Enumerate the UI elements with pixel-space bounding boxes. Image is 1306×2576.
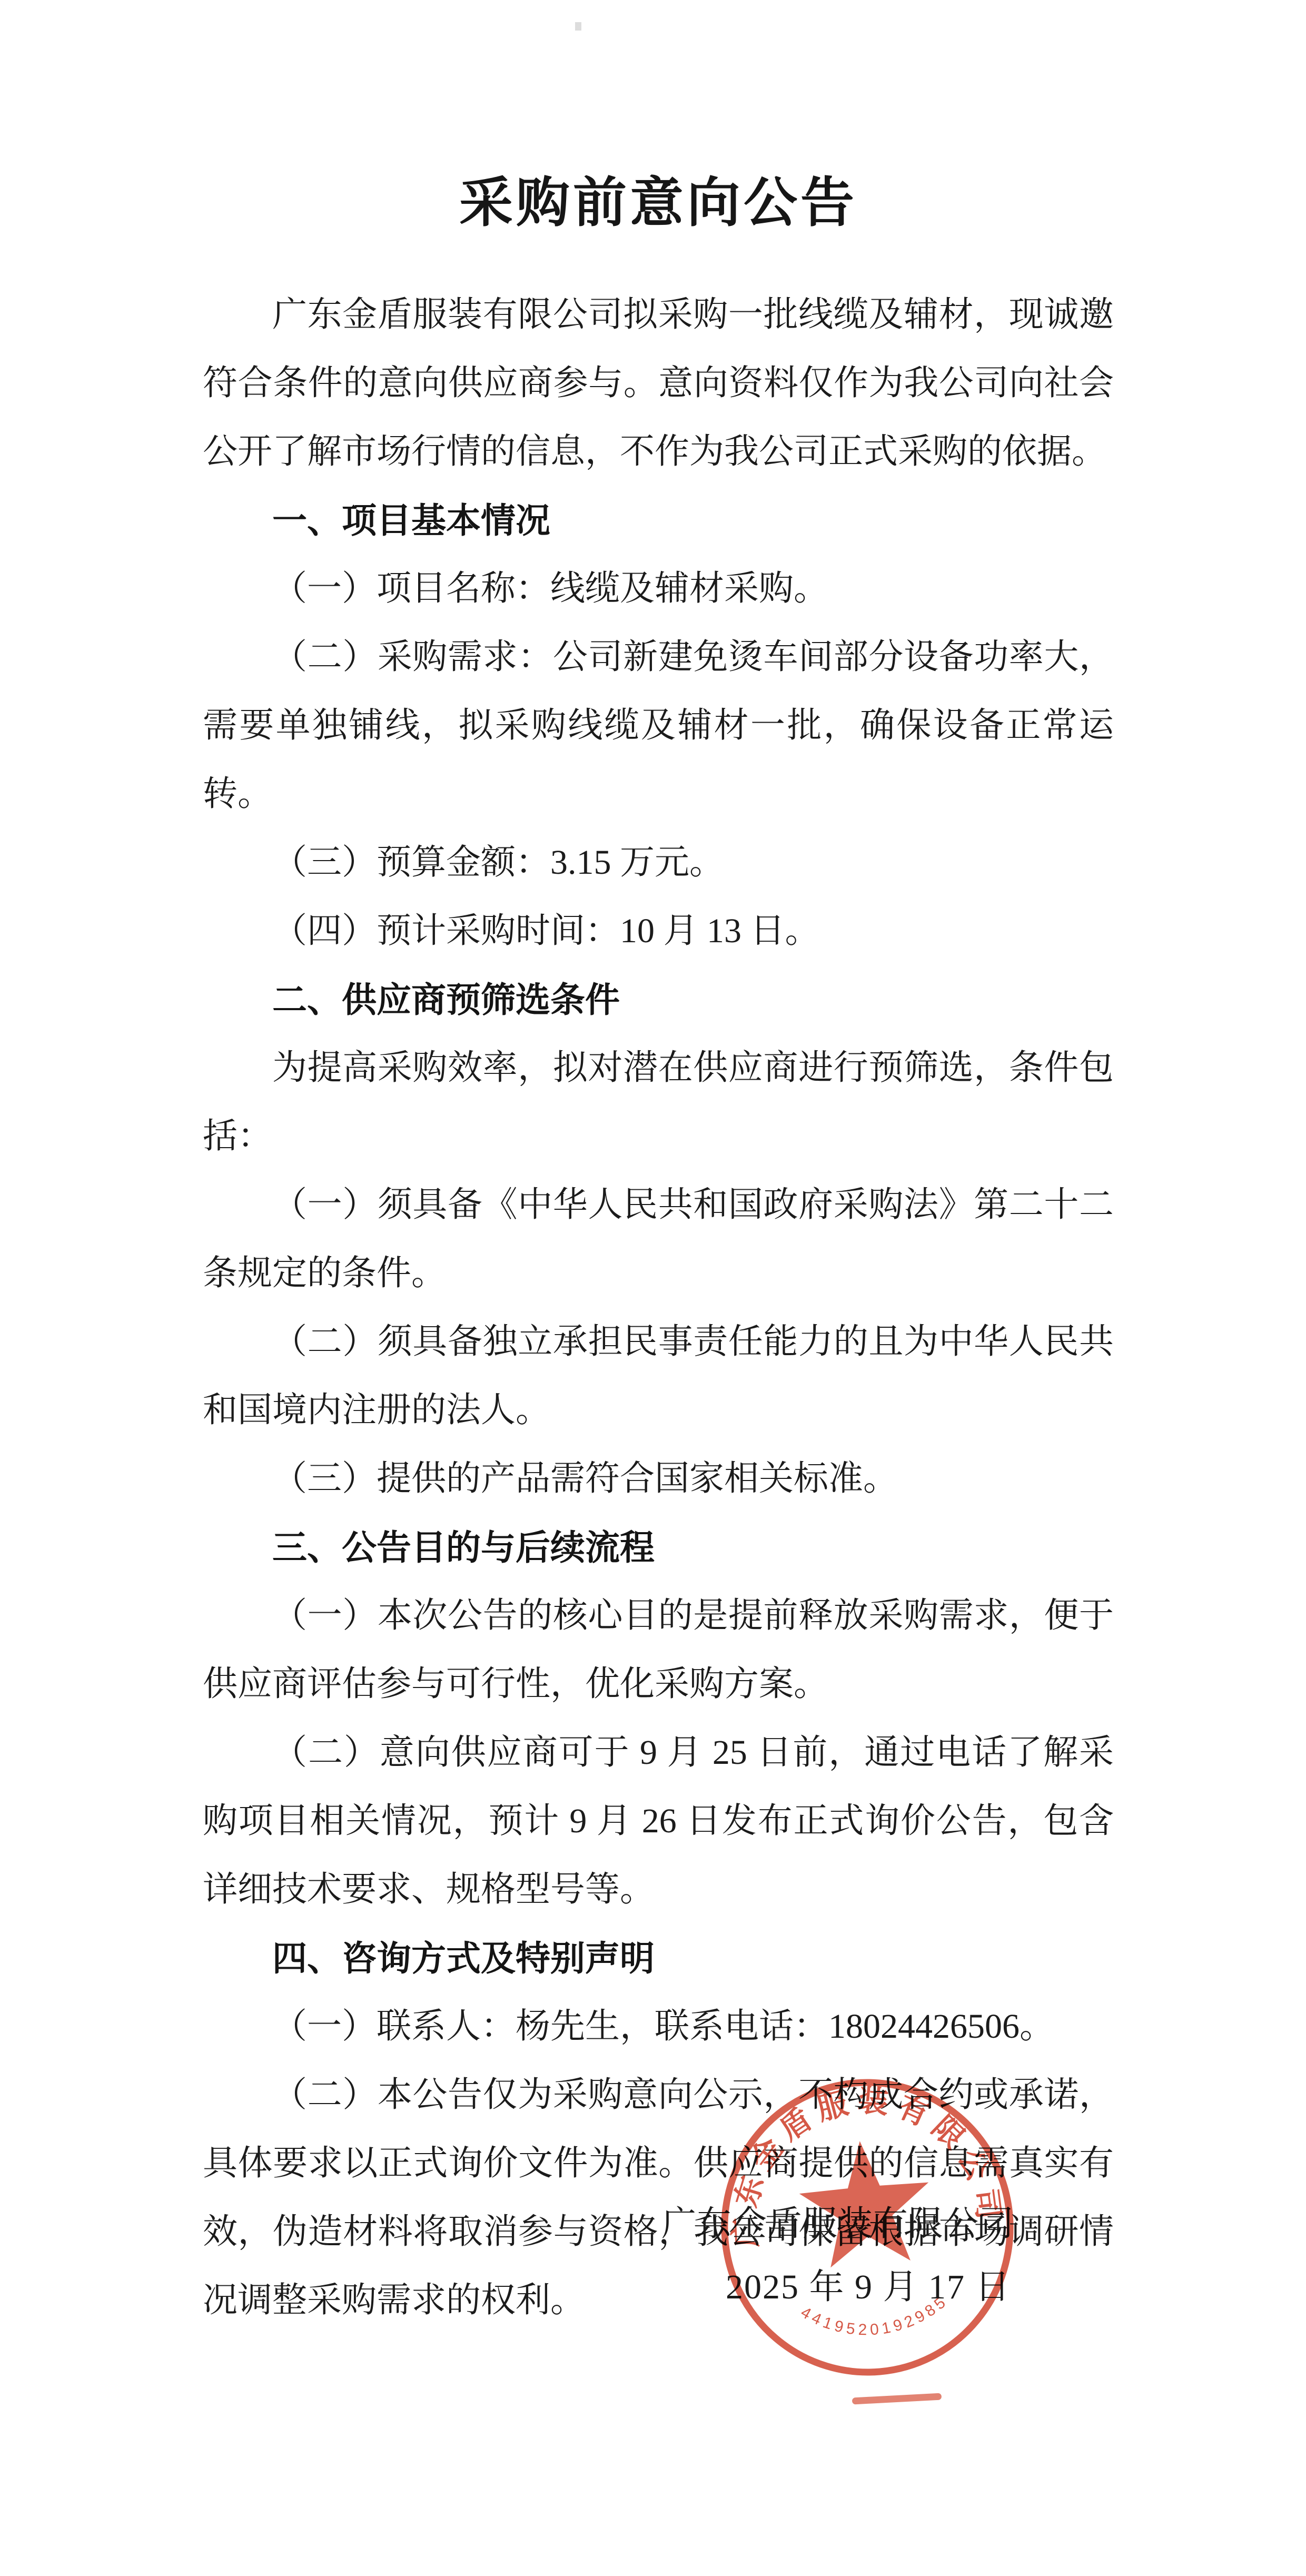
document-body: 广东金盾服装有限公司拟采购一批线缆及辅材，现诚邀符合条件的意向供应商参与。意向资…	[203, 281, 1114, 2335]
body-paragraph: 广东金盾服装有限公司拟采购一批线缆及辅材，现诚邀符合条件的意向供应商参与。意向资…	[203, 281, 1114, 486]
body-paragraph: （三）提供的产品需符合国家相关标准。	[203, 1445, 1114, 1513]
body-paragraph: （二）采购需求：公司新建免烫车间部分设备功率大，需要单独铺线，拟采购线缆及辅材一…	[203, 623, 1114, 828]
document-title: 采购前意向公告	[203, 170, 1114, 237]
body-paragraph: （四）预计采购时间：10 月 13 日。	[203, 897, 1114, 965]
body-paragraph: （一）本次公告的核心目的是提前释放采购需求，便于供应商评估参与可行性，优化采购方…	[203, 1582, 1114, 1719]
scan-artifact	[575, 22, 581, 31]
signature-company: 广东金盾服装有限公司	[661, 2200, 1014, 2248]
signature-date: 2025 年 9 月 17 日	[726, 2264, 1011, 2311]
body-paragraph: （三）预算金额：3.15 万元。	[203, 828, 1114, 897]
body-paragraph: （二）意向供应商可于 9 月 25 日前，通过电话了解采购项目相关情况，预计 9…	[203, 1719, 1114, 1924]
seal-smudge	[852, 2393, 942, 2405]
body-paragraph: 为提高采购效率，拟对潜在供应商进行预筛选，条件包括：	[203, 1034, 1114, 1171]
section-heading: 一、项目基本情况	[203, 486, 1114, 555]
body-paragraph: （一）项目名称：线缆及辅材采购。	[203, 555, 1114, 623]
section-heading: 三、公告目的与后续流程	[203, 1513, 1114, 1582]
body-paragraph: （二）须具备独立承担民事责任能力的且为中华人民共和国境内注册的法人。	[203, 1308, 1114, 1445]
body-paragraph: （一）须具备《中华人民共和国政府采购法》第二十二条规定的条件。	[203, 1171, 1114, 1308]
section-heading: 四、咨询方式及特别声明	[203, 1924, 1114, 1992]
section-heading: 二、供应商预筛选条件	[203, 965, 1114, 1034]
document-page: 采购前意向公告 广东金盾服装有限公司拟采购一批线缆及辅材，现诚邀符合条件的意向供…	[0, 0, 1306, 2576]
body-paragraph: （一）联系人：杨先生，联系电话：18024426506。	[203, 1992, 1114, 2061]
